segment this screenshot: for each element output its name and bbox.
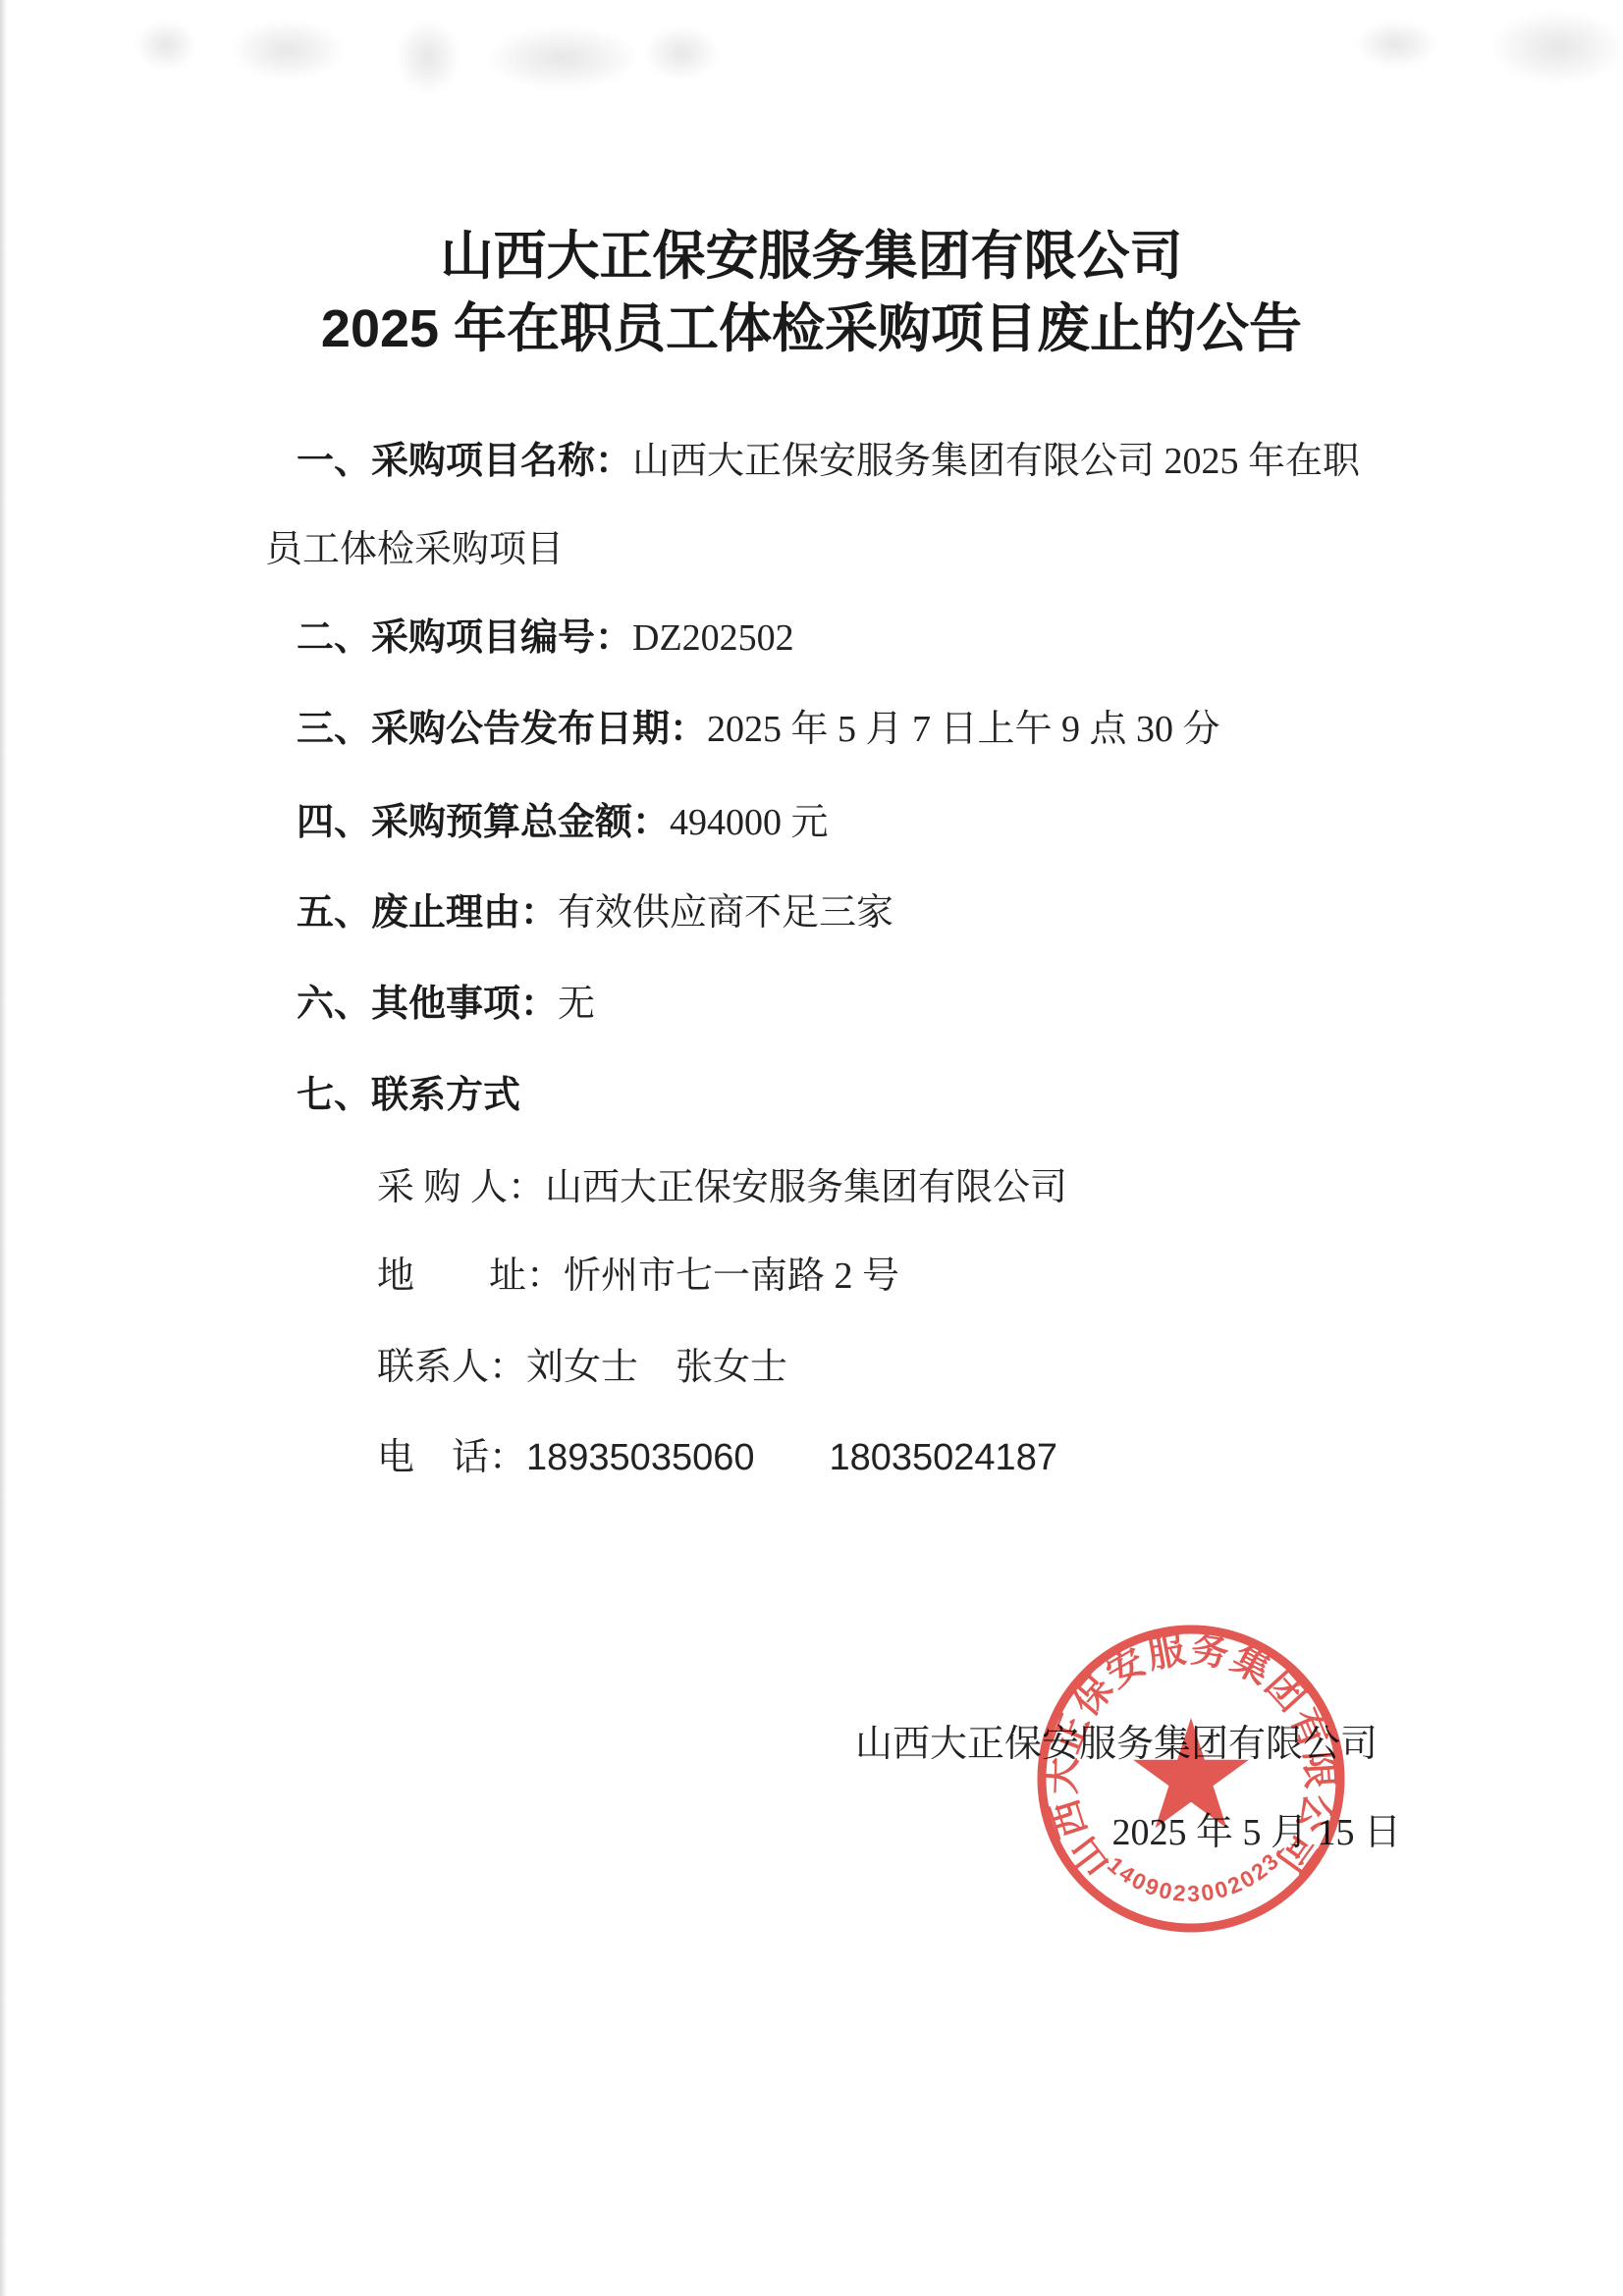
- scanned-document-page: 山西大正保安服务集团有限公司 2025 年在职员工体检采购项目废止的公告 一、采…: [0, 0, 1623, 2296]
- scan-artifact: [398, 22, 459, 92]
- contact-address-value: 忻州市七一南路 2 号: [564, 1255, 899, 1297]
- contact-address-label: 地 址：: [377, 1255, 564, 1297]
- contact-buyer-value: 山西大正保安服务集团有限公司: [545, 1167, 1067, 1208]
- item-3-label: 三、采购公告发布日期：: [297, 709, 707, 750]
- contact-person-label: 联系人：: [377, 1347, 526, 1388]
- item-7-label: 七、联系方式: [297, 1075, 520, 1116]
- item-1-line-2: 员工体检采购项目: [265, 531, 564, 568]
- scan-artifact: [137, 22, 194, 69]
- item-6-label: 六、其他事项：: [297, 984, 558, 1025]
- scan-artifact: [646, 27, 717, 79]
- scan-artifact: [1494, 12, 1622, 82]
- item-5-value: 有效供应商不足三家: [558, 892, 893, 934]
- contact-buyer-label: 采 购 人：: [377, 1167, 545, 1208]
- scan-artifact: [1358, 22, 1434, 67]
- item-4-value: 494000 元: [670, 802, 829, 843]
- item-1-continuation: 员工体检采购项目: [265, 529, 564, 570]
- seal-star-icon: [1133, 1718, 1249, 1828]
- svg-text:1409023002023: 1409023002023: [1103, 1847, 1285, 1907]
- item-5: 五、废止理由：有效供应商不足三家: [297, 894, 893, 932]
- item-2: 二、采购项目编号：DZ202502: [297, 619, 794, 657]
- item-4-label: 四、采购预算总金额：: [297, 802, 670, 843]
- document-title-line1: 山西大正保安服务集团有限公司: [0, 230, 1623, 283]
- item-6-value: 无: [558, 984, 595, 1025]
- item-1-line-1: 一、采购项目名称：山西大正保安服务集团有限公司 2025 年在职: [297, 443, 1360, 480]
- document-title-line2: 2025 年在职员工体检采购项目废止的公告: [0, 302, 1623, 355]
- contact-person-value: 刘女士 张女士: [526, 1347, 787, 1388]
- item-3-value: 2025 年 5 月 7 日上午 9 点 30 分: [707, 709, 1220, 750]
- item-1-label: 一、采购项目名称：: [297, 441, 632, 482]
- item-6: 六、其他事项：无: [297, 986, 595, 1023]
- contact-person: 联系人：刘女士 张女士: [377, 1349, 787, 1386]
- item-3: 三、采购公告发布日期：2025 年 5 月 7 日上午 9 点 30 分: [297, 711, 1220, 748]
- contact-address: 地 址：忻州市七一南路 2 号: [377, 1257, 899, 1295]
- item-2-label: 二、采购项目编号：: [297, 617, 632, 659]
- company-seal-stamp: 山西大正保安服务集团有限公司 1409023002023: [1024, 1612, 1358, 1946]
- seal-number-arc-text: 1409023002023: [1103, 1847, 1285, 1907]
- item-4: 四、采购预算总金额：494000 元: [297, 804, 829, 841]
- item-7: 七、联系方式: [297, 1077, 520, 1114]
- item-5-label: 五、废止理由：: [297, 892, 558, 934]
- scan-artifact: [489, 27, 636, 88]
- contact-phone: 电 话：18935035060 18035024187: [377, 1439, 1057, 1476]
- scan-artifact: [234, 22, 342, 79]
- contact-phone-label: 电 话：: [377, 1437, 526, 1478]
- item-2-value: DZ202502: [632, 617, 794, 659]
- item-1-value: 山西大正保安服务集团有限公司 2025 年在职: [632, 441, 1360, 482]
- contact-buyer: 采 购 人：山西大正保安服务集团有限公司: [377, 1169, 1067, 1206]
- contact-phone-value: 18935035060 18035024187: [526, 1437, 1057, 1478]
